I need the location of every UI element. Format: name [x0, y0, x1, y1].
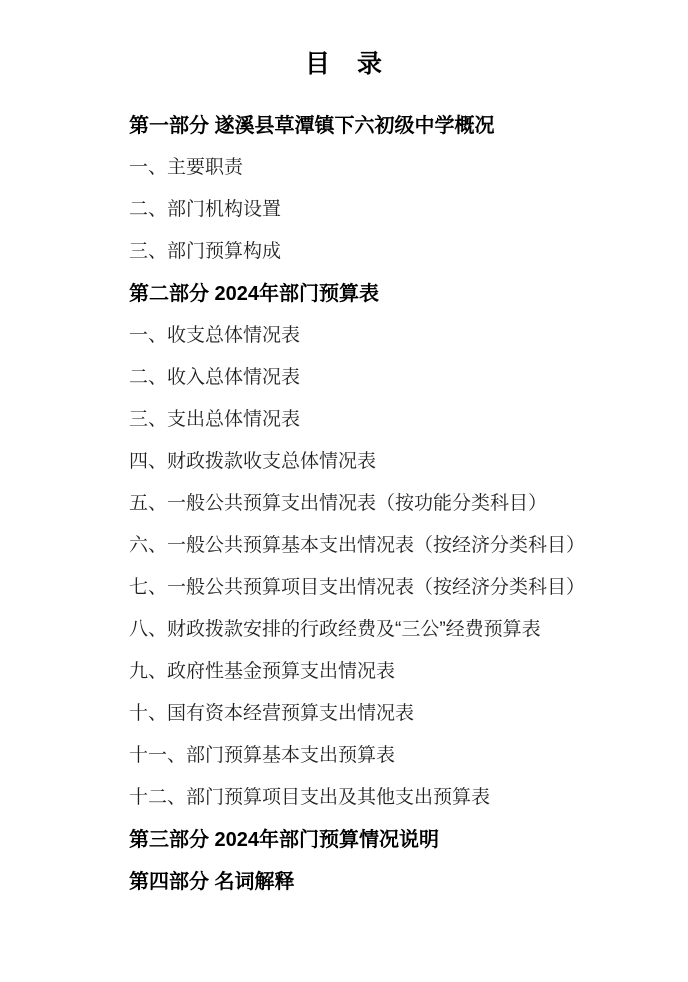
- toc-section-heading: 第三部分 2024年部门预算情况说明: [129, 826, 648, 854]
- toc-section-heading: 第四部分 名词解释: [129, 868, 648, 896]
- toc-entry: 四、财政拨款收支总体情况表: [129, 448, 648, 476]
- toc-entry: 三、支出总体情况表: [129, 406, 648, 434]
- toc-page: 目 录 第一部分 遂溪县草潭镇下六初级中学概况 一、主要职责 二、部门机构设置 …: [0, 0, 688, 982]
- toc-section-heading: 第一部分 遂溪县草潭镇下六初级中学概况: [129, 112, 648, 140]
- toc-entry: 一、收支总体情况表: [129, 322, 648, 350]
- toc-entry: 二、部门机构设置: [129, 196, 648, 224]
- toc-entries: 第一部分 遂溪县草潭镇下六初级中学概况 一、主要职责 二、部门机构设置 三、部门…: [0, 112, 688, 896]
- toc-entry: 一、主要职责: [129, 154, 648, 182]
- toc-entry: 十一、部门预算基本支出预算表: [129, 742, 648, 770]
- toc-entry: 六、一般公共预算基本支出情况表（按经济分类科目）: [129, 532, 648, 560]
- toc-entry: 二、收入总体情况表: [129, 364, 648, 392]
- toc-entry: 五、一般公共预算支出情况表（按功能分类科目）: [129, 490, 648, 518]
- toc-entry: 十二、部门预算项目支出及其他支出预算表: [129, 784, 648, 812]
- toc-entry: 十、国有资本经营预算支出情况表: [129, 700, 648, 728]
- toc-entry: 八、财政拨款安排的行政经费及“三公”经费预算表: [129, 616, 648, 644]
- toc-section-heading: 第二部分 2024年部门预算表: [129, 280, 648, 308]
- page-title: 目 录: [0, 46, 688, 82]
- toc-entry: 九、政府性基金预算支出情况表: [129, 658, 648, 686]
- toc-entry: 七、一般公共预算项目支出情况表（按经济分类科目）: [129, 574, 648, 602]
- toc-entry: 三、部门预算构成: [129, 238, 648, 266]
